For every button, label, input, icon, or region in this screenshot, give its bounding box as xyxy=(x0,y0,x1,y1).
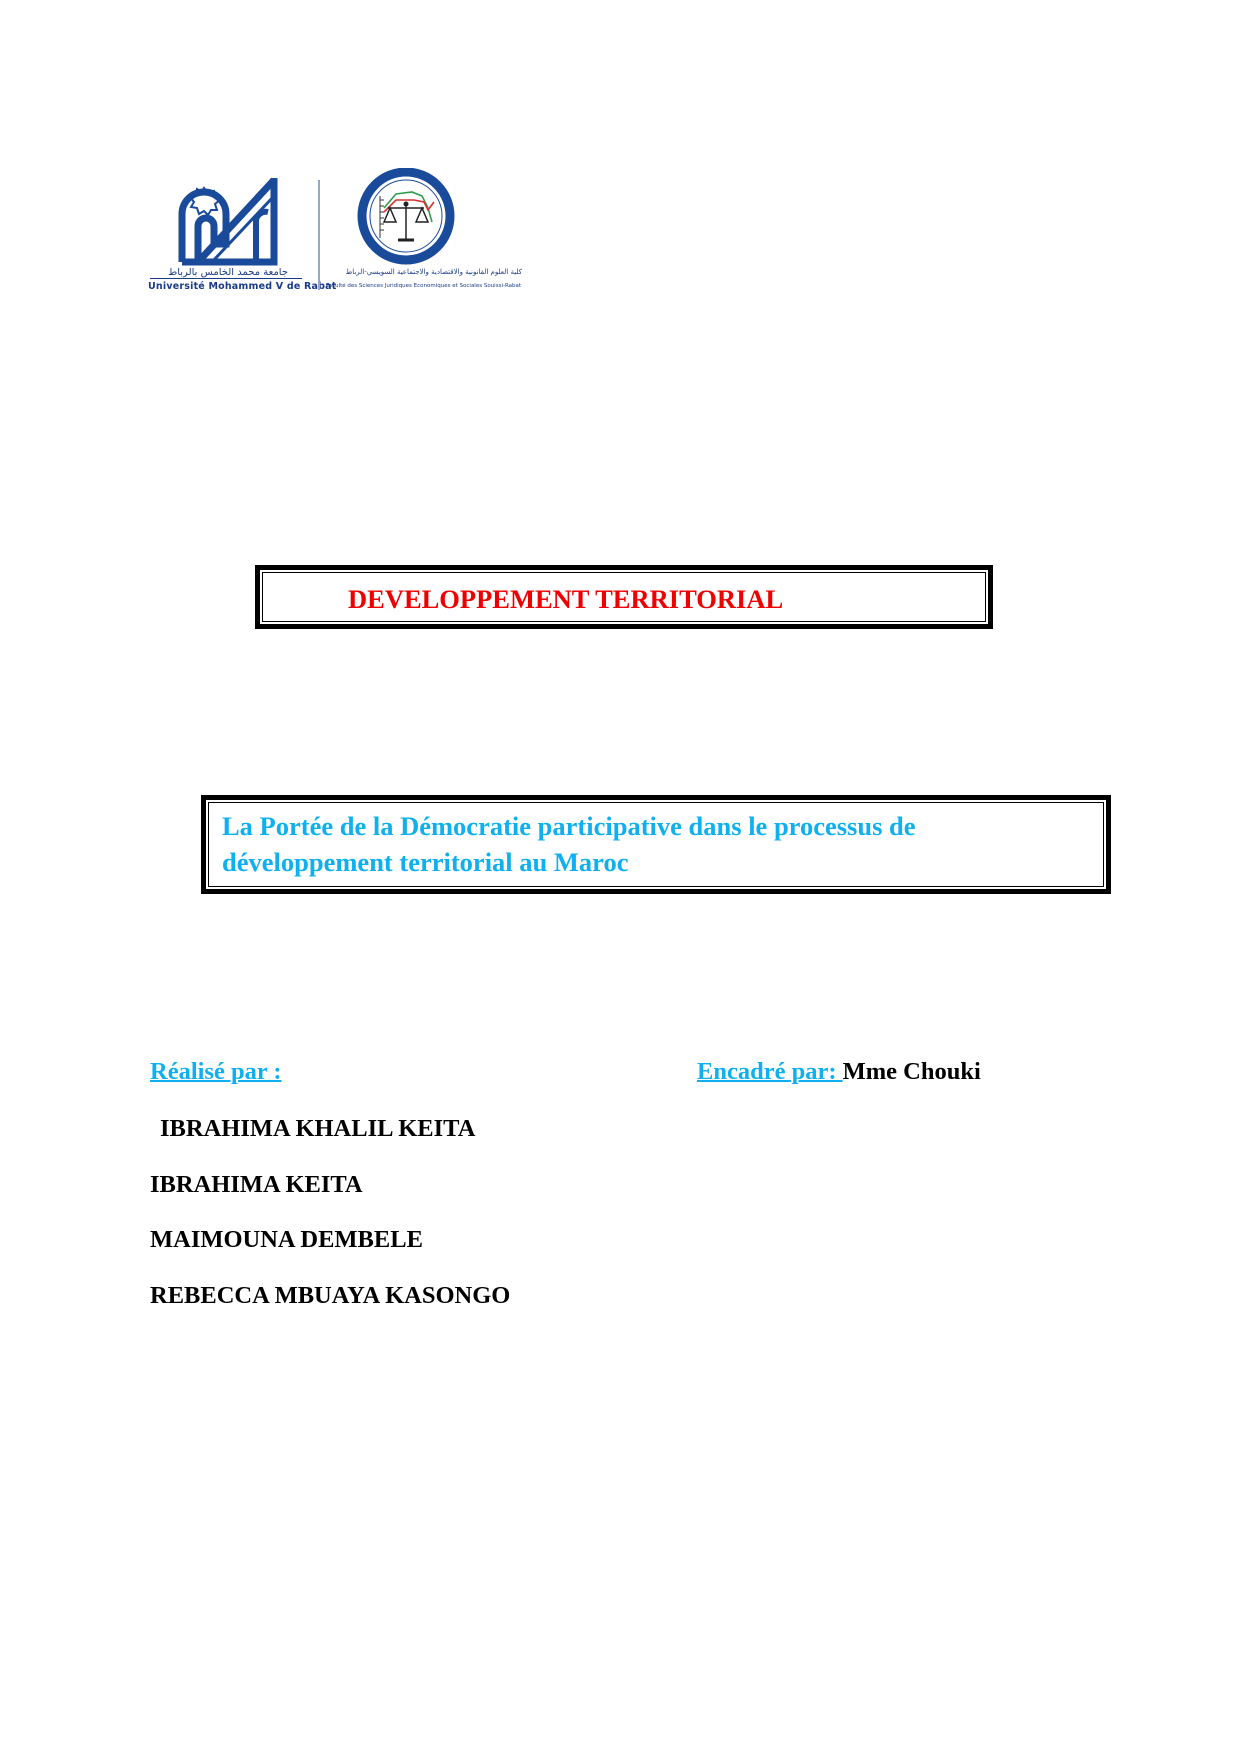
authors-list: IBRAHIMA KHALIL KEITA IBRAHIMA KEITA MAI… xyxy=(150,1115,510,1337)
university-arch-logo-icon xyxy=(176,174,280,266)
university-name-underline xyxy=(150,278,302,279)
author-name: IBRAHIMA KEITA xyxy=(150,1171,510,1227)
university-arabic-name: جامعة محمد الخامس بالرباط xyxy=(148,268,308,278)
scales-of-justice-seal-icon xyxy=(356,168,456,268)
course-title: DEVELOPPEMENT TERRITORIAL xyxy=(348,584,783,615)
author-name: MAIMOUNA DEMBELE xyxy=(150,1226,510,1282)
faculty-arabic-name: كلية العلوم القانونية والاقتصادية والاجت… xyxy=(326,268,522,276)
author-name: REBECCA MBUAYA KASONGO xyxy=(150,1282,510,1338)
logos-header: جامعة محمد الخامس بالرباط Université Moh… xyxy=(148,168,518,298)
university-name: Université Mohammed V de Rabat xyxy=(148,281,336,292)
subject-title-box: La Portée de la Démocratie participative… xyxy=(201,795,1111,894)
course-title-box: DEVELOPPEMENT TERRITORIAL xyxy=(255,565,993,629)
realise-par-label: Réalisé par : xyxy=(150,1058,282,1086)
supervisor-name: Mme Chouki xyxy=(843,1058,981,1085)
faculty-logo: كلية العلوم القانونية والاقتصادية والاجت… xyxy=(326,168,526,298)
logo-divider xyxy=(318,180,320,290)
subject-title: La Portée de la Démocratie participative… xyxy=(222,808,1092,880)
supervisor-line: Encadré par: Mme Chouki xyxy=(697,1058,981,1086)
author-name: IBRAHIMA KHALIL KEITA xyxy=(150,1115,510,1171)
faculty-name: Faculté des Sciences Juridiques Economiq… xyxy=(326,283,522,289)
encadre-par-label: Encadré par: xyxy=(697,1058,843,1085)
university-logo: جامعة محمد الخامس بالرباط Université Moh… xyxy=(148,168,308,298)
